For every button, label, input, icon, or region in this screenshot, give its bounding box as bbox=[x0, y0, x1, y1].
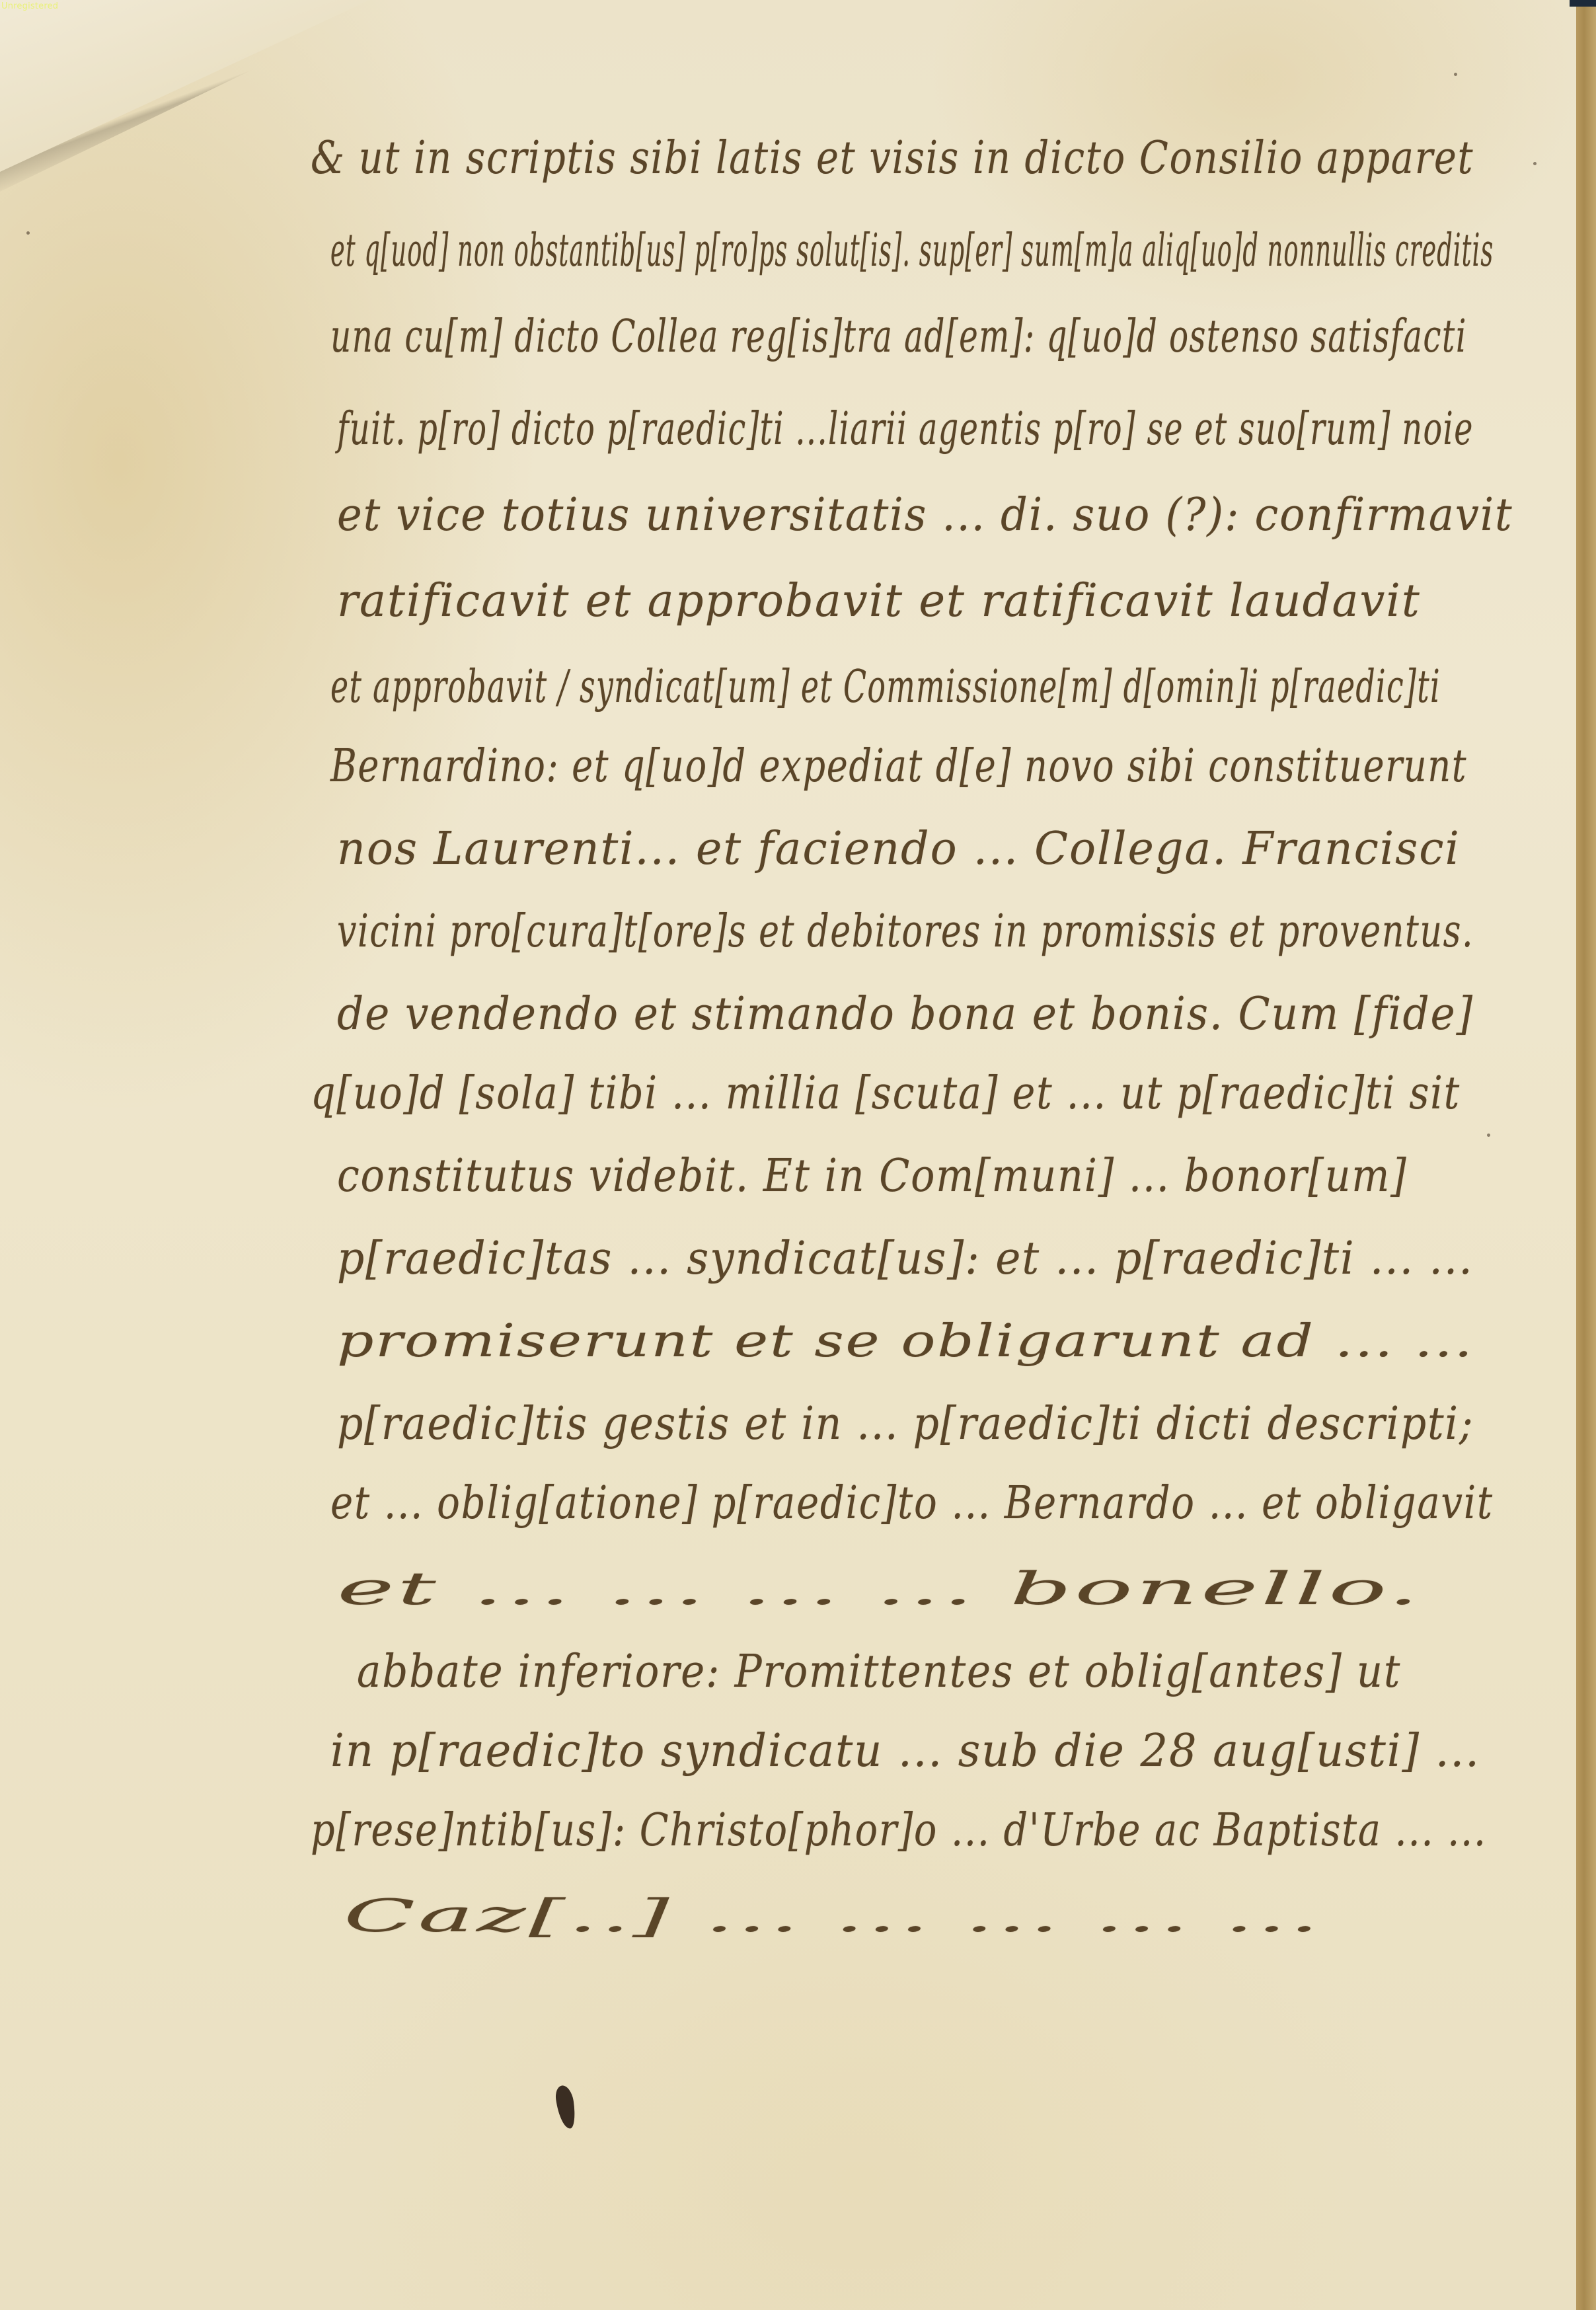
scan-border bbox=[1570, 0, 1596, 7]
manuscript-line-3: una cu[m] dicto Collea reg[is]tra ad[em]… bbox=[330, 311, 1467, 363]
manuscript-line-22: Caz[..] ... ... ... ... ... bbox=[344, 1890, 1322, 1943]
manuscript-line-11: de vendendo et stimando bona et bonis. C… bbox=[337, 988, 1474, 1040]
manuscript-line-16: p[raedic]tis gestis et in ... p[raedic]t… bbox=[337, 1398, 1474, 1450]
manuscript-page: Unregistered & ut in scriptis sibi latis… bbox=[0, 0, 1576, 2310]
paper-speck bbox=[1487, 1134, 1490, 1137]
manuscript-line-5: et vice totius universitatis ... di. suo… bbox=[337, 489, 1513, 541]
manuscript-line-1: & ut in scriptis sibi latis et visis in … bbox=[311, 132, 1474, 184]
manuscript-line-15: promiserunt et se obligarunt ad ... ... bbox=[337, 1315, 1474, 1367]
manuscript-line-2: et q[uod] non obstantib[us] p[ro]ps solu… bbox=[330, 225, 1494, 277]
paper-speck bbox=[26, 231, 30, 235]
manuscript-line-10: vicini pro[cura]t[ore]s et debitores in … bbox=[337, 905, 1474, 958]
manuscript-line-18: et ... ... ... ... bonello. bbox=[337, 1563, 1422, 1615]
paper-speck bbox=[1533, 162, 1537, 165]
manuscript-line-19: abbate inferiore: Promittentes et oblig[… bbox=[357, 1646, 1401, 1698]
handwritten-text-block: & ut in scriptis sibi latis et visis in … bbox=[0, 0, 1576, 2310]
manuscript-line-4: fuit. p[ro] dicto p[raedic]ti ...liarii … bbox=[337, 403, 1474, 455]
manuscript-line-7: et approbavit / syndicat[um] et Commissi… bbox=[330, 661, 1441, 713]
page-edge bbox=[1576, 0, 1596, 2310]
manuscript-line-14: p[raedic]tas ... syndicat[us]: et ... p[… bbox=[337, 1233, 1474, 1285]
manuscript-line-8: Bernardino: et q[uo]d expediat d[e] novo… bbox=[330, 740, 1467, 792]
manuscript-line-13: constitutus videbit. Et in Com[muni] ...… bbox=[337, 1150, 1408, 1202]
manuscript-line-6: ratificavit et approbavit et ratificavit… bbox=[337, 575, 1421, 627]
manuscript-line-20: in p[raedic]to syndicatu ... sub die 28 … bbox=[330, 1725, 1480, 1777]
manuscript-line-9: nos Laurenti... et faciendo ... Collega.… bbox=[337, 823, 1461, 875]
manuscript-line-12: q[uo]d [sola] tibi ... millia [scuta] et… bbox=[311, 1067, 1461, 1120]
paper-speck bbox=[1454, 73, 1457, 76]
manuscript-line-21: p[rese]ntib[us]: Christo[phor]o ... d'Ur… bbox=[311, 1804, 1487, 1857]
manuscript-line-17: et ... oblig[atione] p[raedic]to ... Ber… bbox=[330, 1477, 1494, 1529]
